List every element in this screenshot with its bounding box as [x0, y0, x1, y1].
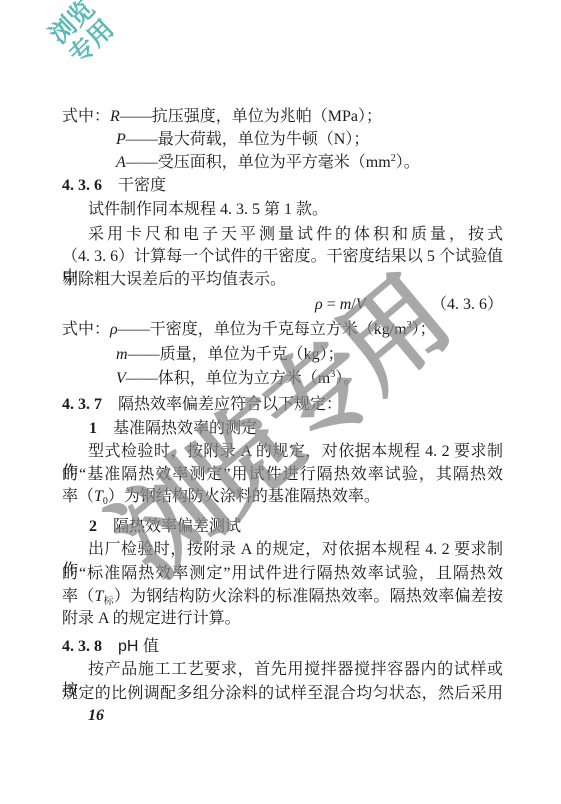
- text-segment: 隔热效率偏差测试: [97, 518, 241, 535]
- clause-4-3-6-heading: 4. 3. 6 干密度: [62, 175, 503, 196]
- clause-4-3-8-heading: 4. 3. 8 pH 值: [62, 636, 503, 657]
- text-segment: pH 值: [102, 638, 159, 655]
- text-segment: 1: [89, 420, 97, 437]
- text-segment: 4. 3. 7: [62, 396, 102, 413]
- text-segment: 附录 A 的规定进行计算。: [62, 610, 241, 627]
- body-line: 的“基准隔热效率测定”用试件进行隔热效率试验，其隔热效: [62, 464, 503, 485]
- text-segment: ）为钢结构防火涂料的基准隔热效率。: [108, 488, 380, 505]
- text-segment: 剔除粗大误差后的平均值表示。: [62, 271, 286, 288]
- text-segment: ——质量，单位为千克（kg）；: [128, 346, 344, 363]
- text-segment: ——受压面积，单位为平方毫米（mm: [126, 154, 391, 171]
- equation-4-3-6: ρ = m/V（4. 3. 6）: [62, 294, 503, 315]
- text-segment: ）。: [335, 370, 359, 387]
- text-segment: ——体积，单位为立方米（m: [126, 370, 330, 387]
- document-body: 式中：R——抗压强度，单位为兆帕（MPa）；P——最大荷载，单位为牛顿（N）；A…: [0, 0, 561, 804]
- text-segment: 率（: [62, 488, 94, 505]
- text-segment: 规定的比例调配多组分涂料的试样至混合均匀状态，然后采用: [62, 685, 503, 702]
- def-line-A: A——受压面积，单位为平方毫米（mm2）。: [62, 152, 557, 175]
- text-segment: 基准隔热效率的测定: [97, 420, 257, 437]
- text-segment: ——抗压强度，单位为兆帕（MPa）；: [120, 108, 382, 125]
- text-segment: ρ: [315, 296, 323, 313]
- def-line-V: V——体积，单位为立方米（m3）。: [62, 368, 557, 391]
- text-segment: 的“基准隔热效率测定”用试件进行隔热效率试验，其隔热效: [62, 466, 503, 483]
- text-segment: 3: [330, 369, 335, 380]
- document-page: 式中：R——抗压强度，单位为兆帕（MPa）；P——最大荷载，单位为牛顿（N）；A…: [0, 0, 561, 804]
- body-line: 试件制作同本规程 4. 3. 5 第 1 款。: [62, 199, 503, 220]
- text-segment: ——最大荷载，单位为牛顿（N）；: [126, 131, 370, 148]
- text-segment: 式中：: [62, 321, 110, 338]
- text-segment: ）；: [412, 321, 436, 338]
- text-segment: m: [340, 296, 352, 313]
- text-segment: 4. 3. 8: [62, 638, 102, 655]
- body-line: 的“标准隔热效率测定”用试件进行隔热效率试验，且隔热效: [62, 563, 503, 584]
- body-line: 采用卡尺和电子天平测量试件的体积和质量，按式: [62, 224, 503, 245]
- text-segment: 16: [88, 707, 104, 724]
- text-segment: V: [116, 370, 126, 387]
- body-line: 规定的比例调配多组分涂料的试样至混合均匀状态，然后采用: [62, 683, 503, 704]
- clause-4-3-7-heading: 4. 3. 7 隔热效率偏差应符合以下规定：: [62, 394, 503, 415]
- text-segment: 干密度: [102, 177, 166, 194]
- formula-expression: ρ = m/V: [315, 294, 366, 315]
- subitem-1-heading: 1 基准隔热效率的测定: [62, 418, 530, 439]
- body-line: 率（T0）为钢结构防火涂料的基准隔热效率。: [62, 486, 503, 509]
- text-segment: 采用卡尺和电子天平测量试件的体积和质量，按式: [88, 226, 503, 243]
- text-segment: 率（: [62, 588, 94, 605]
- equation-number: （4. 3. 6）: [431, 294, 503, 315]
- text-segment: 2: [89, 518, 97, 535]
- text-segment: P: [116, 131, 126, 148]
- text-segment: 4. 3. 6: [62, 177, 102, 194]
- def-line-rho: 式中：ρ——干密度，单位为千克每立方米（kg/m3）；: [62, 319, 503, 342]
- text-segment: 式中：: [62, 108, 110, 125]
- body-line: 剔除粗大误差后的平均值表示。: [62, 269, 503, 290]
- text-segment: ρ: [110, 321, 118, 338]
- text-segment: m: [116, 346, 128, 363]
- def-line-m: m——质量，单位为千克（kg）；: [62, 344, 557, 365]
- def-line-R: 式中：R——抗压强度，单位为兆帕（MPa）；: [62, 106, 503, 127]
- text-segment: 0: [103, 496, 108, 507]
- text-segment: 试件制作同本规程 4. 3. 5 第 1 款。: [88, 201, 328, 218]
- text-segment: A: [116, 154, 126, 171]
- text-segment: 3: [407, 320, 412, 331]
- text-segment: V: [356, 296, 366, 313]
- text-segment: R: [110, 108, 120, 125]
- text-segment: 的“标准隔热效率测定”用试件进行隔热效率试验，且隔热效: [62, 565, 503, 582]
- body-line: 附录 A 的规定进行计算。: [62, 608, 503, 629]
- text-segment: ——干密度，单位为千克每立方米（kg/m: [118, 321, 407, 338]
- text-segment: ）为钢结构防火涂料的标准隔热效率。隔热效率偏差按: [114, 588, 503, 605]
- def-line-P: P——最大荷载，单位为牛顿（N）；: [62, 129, 557, 150]
- text-segment: 2: [391, 153, 396, 164]
- page-number: 16: [62, 705, 529, 726]
- text-segment: 标: [103, 596, 113, 607]
- text-segment: 隔热效率偏差应符合以下规定：: [102, 396, 342, 413]
- body-line: 率（T标）为钢结构防火涂料的标准隔热效率。隔热效率偏差按: [62, 586, 503, 609]
- text-segment: T: [94, 488, 103, 505]
- text-segment: ）。: [396, 154, 420, 171]
- subitem-2-heading: 2 隔热效率偏差测试: [62, 516, 530, 537]
- text-segment: =: [323, 296, 340, 313]
